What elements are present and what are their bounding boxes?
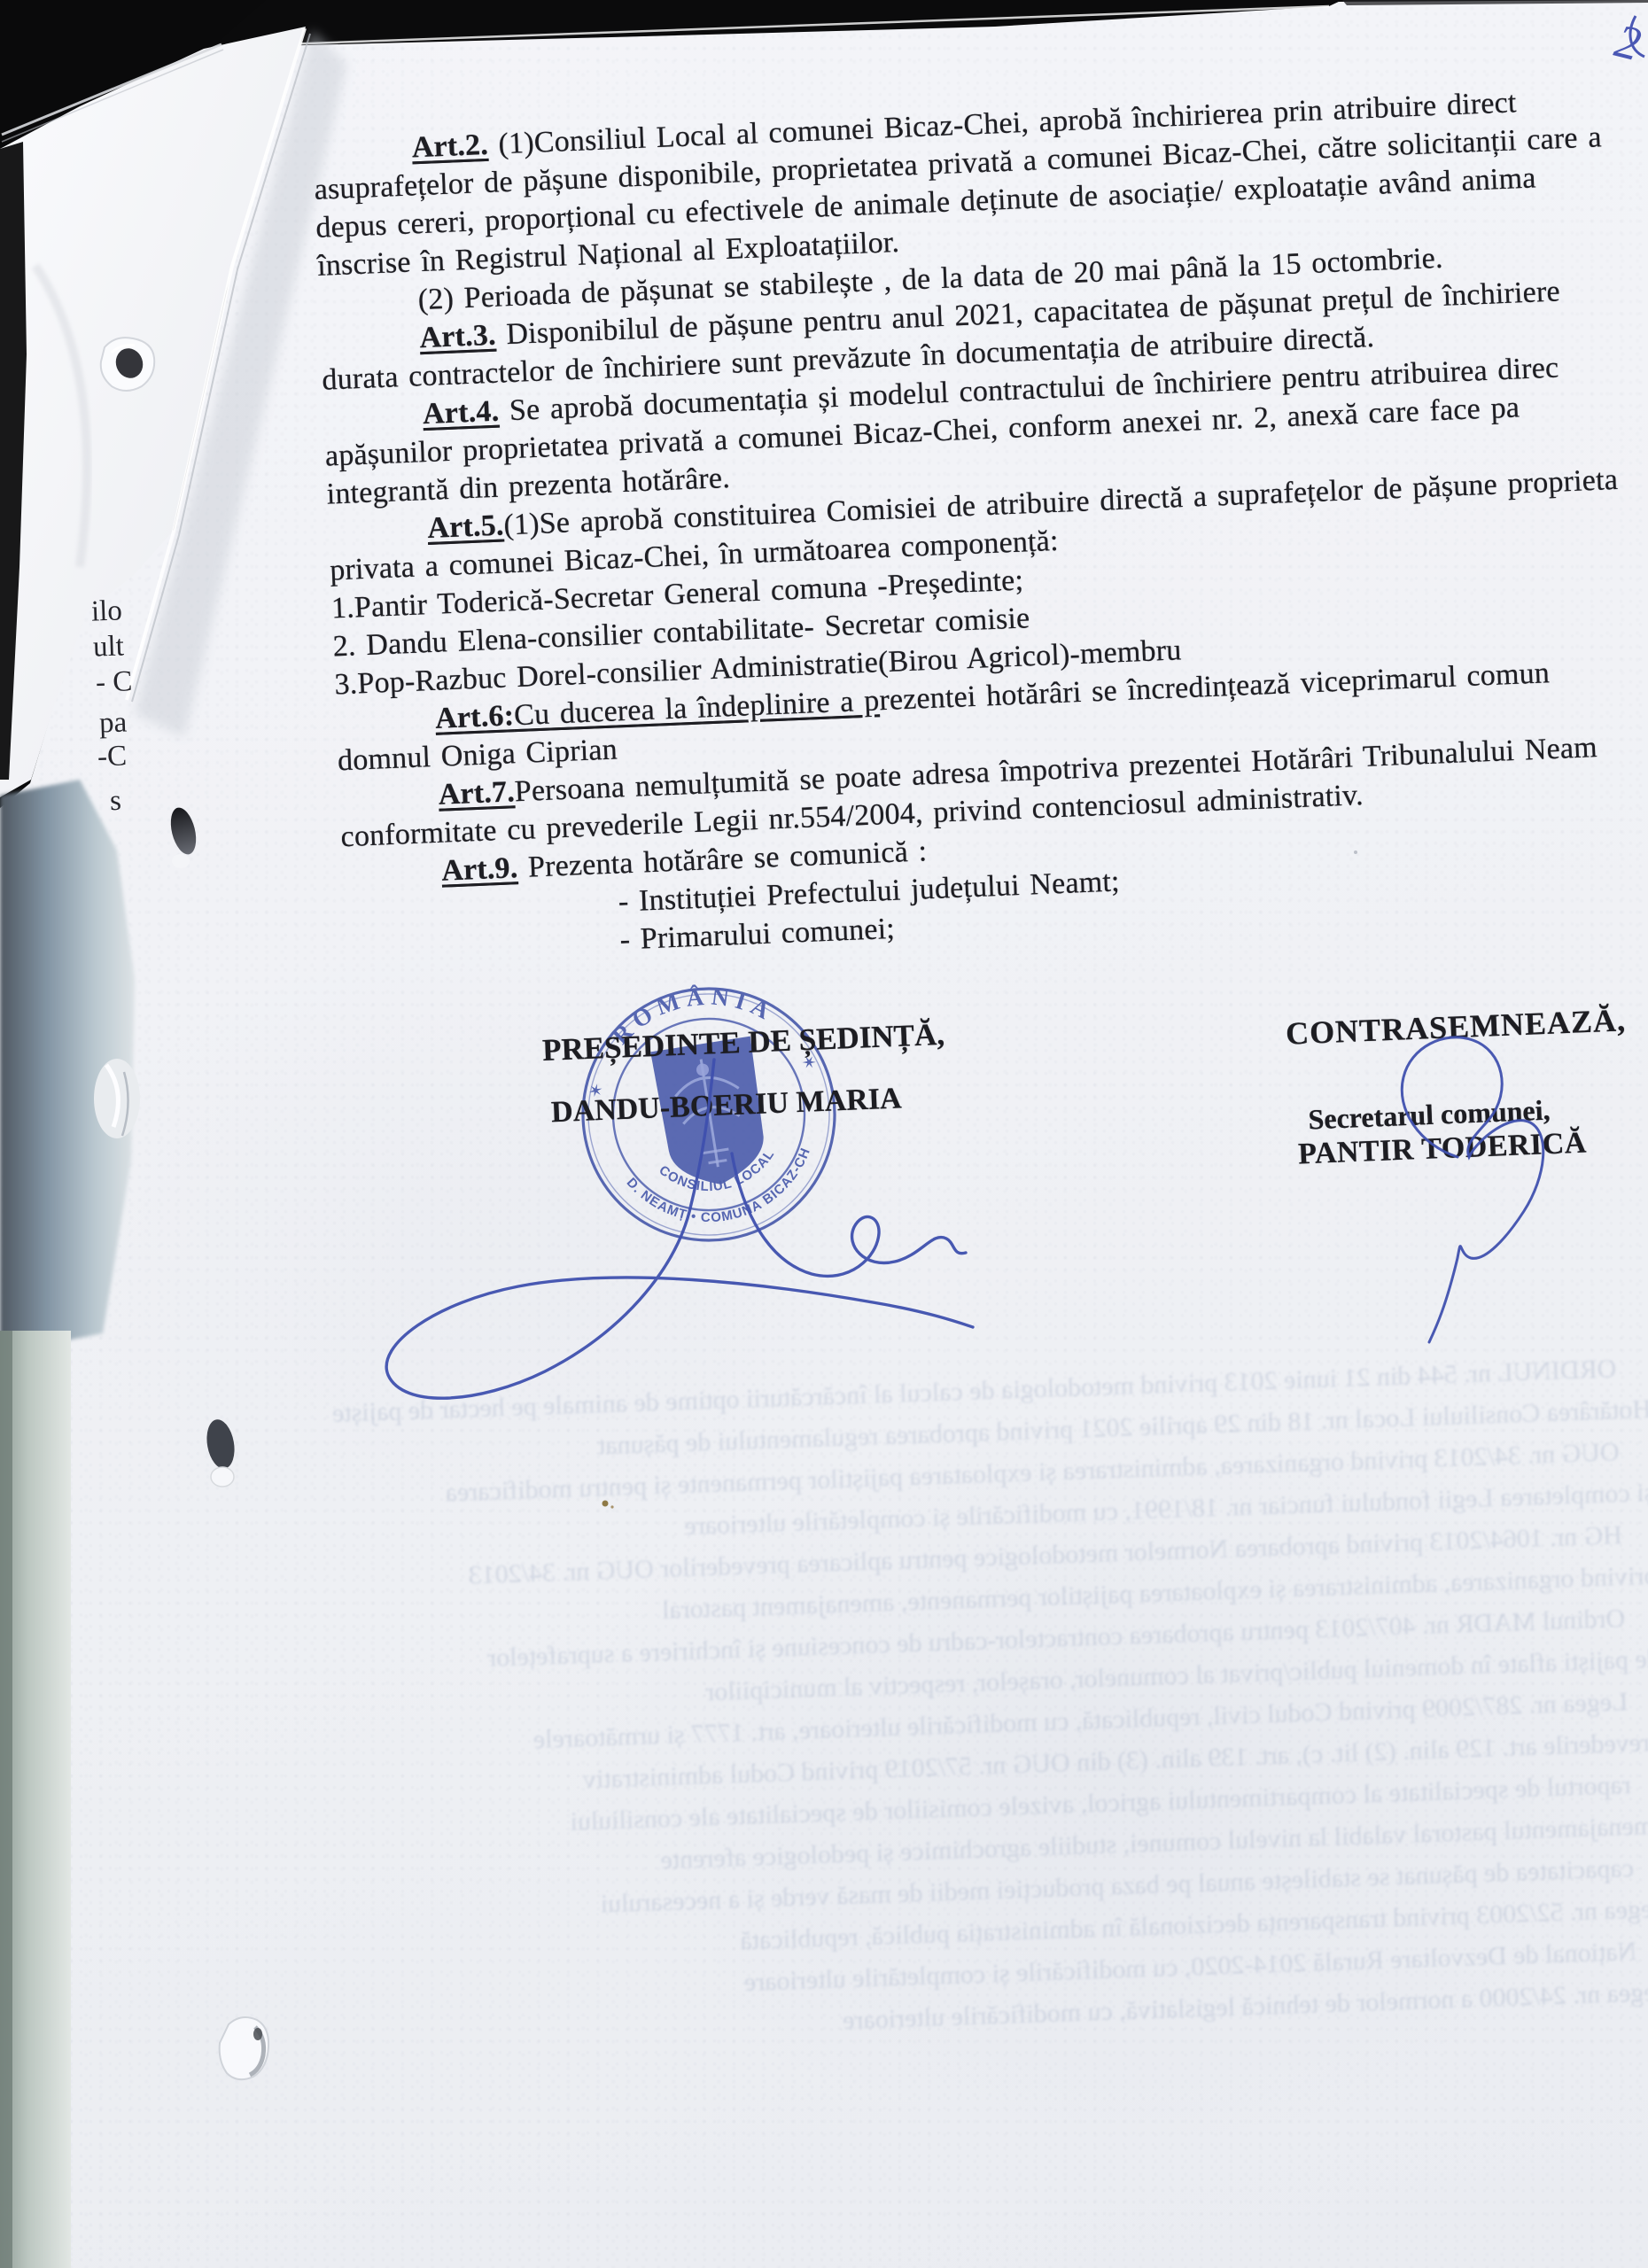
- text-run: Art.4.: [422, 395, 500, 431]
- scanner-corner-shadow: [0, 0, 276, 151]
- underlying-text-fragment: pa: [98, 706, 127, 740]
- underlying-text-fragment: ilo: [90, 594, 122, 628]
- scanner-left-sliver: [0, 142, 27, 780]
- document-body-text: Art.2. (1)Consiliul Local al comunei Bic…: [312, 69, 1648, 970]
- text-run: Art.2.: [411, 128, 489, 165]
- band-text-fragment-left: COMUNA: [393, 0, 560, 31]
- text-run: Art.6:: [434, 699, 514, 735]
- scanned-document: { "page": { "handwritten_number": "2", "…: [0, 0, 1648, 2268]
- text-run: Art.9.: [441, 851, 519, 888]
- text-run: Art.7.: [438, 775, 516, 812]
- underlying-text-fragment: ult: [92, 630, 124, 664]
- underlying-text-fragment: -C: [97, 740, 127, 773]
- band-text-fragment-right: LOCAL: [591, 0, 723, 27]
- underlying-text-fragment: - C: [95, 665, 133, 699]
- underlying-text-fragment: s: [109, 785, 121, 818]
- text-run: Art.3.: [419, 319, 497, 355]
- scanner-background: ORDINUL nr. 544 din 21 iunie 2013 privin…: [0, 0, 1648, 2268]
- punch-hole-top: [101, 338, 154, 391]
- bleedthrough-text: ORDINUL nr. 544 din 21 iunie 2013 privin…: [214, 1347, 1648, 2062]
- text-run: Art.5.: [427, 509, 505, 546]
